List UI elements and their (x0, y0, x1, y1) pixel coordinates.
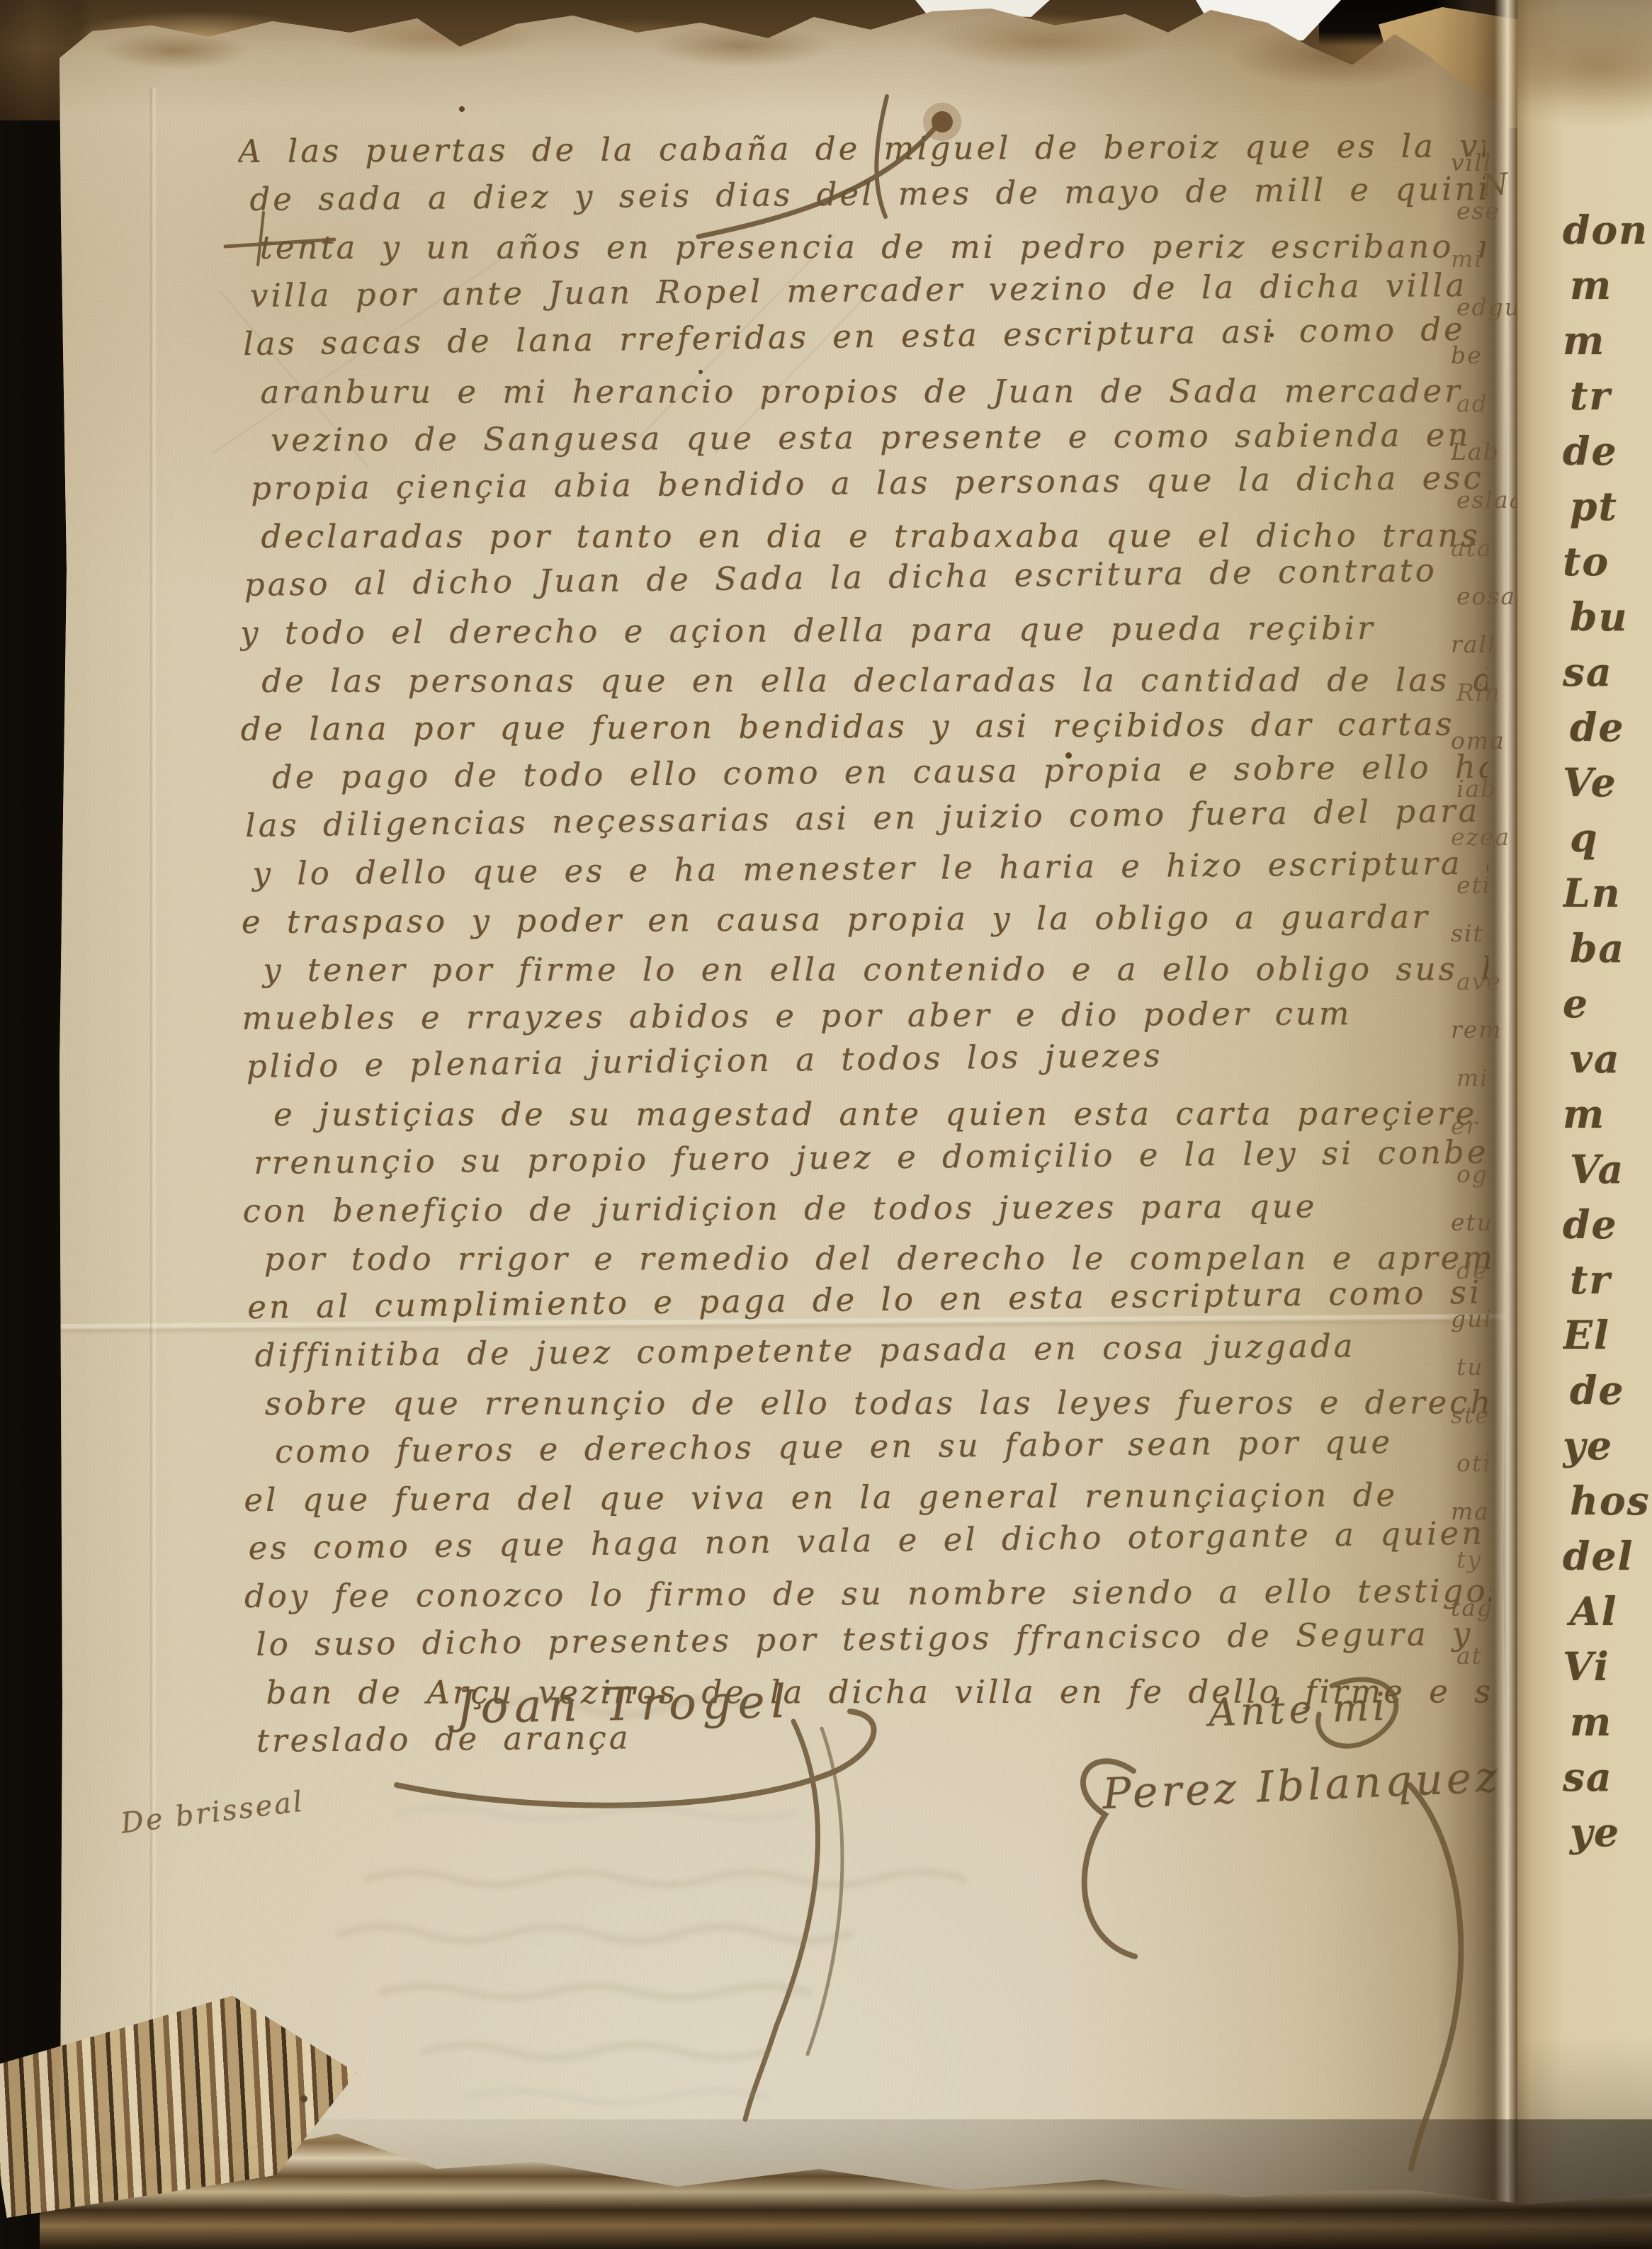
line-ending-fragment: ste (1451, 1391, 1519, 1439)
photographed-manuscript-book: A las puertas de la cabaña de miguel de … (0, 0, 1652, 2249)
line-ending-fragment: eti (1456, 861, 1519, 910)
facing-line-fragment: Ln (1563, 866, 1652, 921)
line-ending-fragment: er (1451, 1102, 1519, 1150)
facing-line-fragment: m (1563, 313, 1652, 368)
facing-line-fragment: de (1563, 424, 1652, 479)
facing-line-fragment: sa (1563, 645, 1652, 700)
ink-speck (698, 370, 703, 374)
line-ending-fragment: edgu (1456, 283, 1519, 332)
facing-line-fragment: ye (1570, 1805, 1652, 1860)
manuscript-line: con benefiçio de juridiçion de todos jue… (243, 1182, 1490, 1235)
line-ending-fragment: oti (1456, 1439, 1519, 1488)
manuscript-line: aranburu e mi herancio propios de Juan d… (261, 367, 1486, 417)
ink-speck (300, 2095, 307, 2102)
facing-line-fragment: Vi (1563, 1639, 1652, 1694)
facing-line-fragment: pt (1570, 479, 1652, 534)
manuscript-line: de las personas que en ella declaradas l… (261, 656, 1487, 706)
line-ending-fragment: rem (1451, 1006, 1519, 1054)
signature-joan-trogel: Joan Trogel (456, 1676, 792, 1734)
facing-page-strip: donmmtrdepttobusadeVeqLnbaevamVadetrElde… (1517, 0, 1652, 2249)
manuscript-line: diffinitiba de juez competente pasada en… (254, 1321, 1490, 1380)
line-ending-fragment: mi (1456, 1054, 1519, 1102)
manuscript-line: y lo dello que es e ha menester le haria… (252, 839, 1488, 898)
line-ending-fragment: etu (1451, 1199, 1519, 1247)
facing-line-fragment: bu (1570, 589, 1652, 645)
manuscript-line: de sada a diez y seis dias del mes de ma… (249, 165, 1486, 224)
facing-line-fragment: va (1570, 1031, 1652, 1087)
facing-line-fragment: Va (1570, 1142, 1652, 1197)
line-ending-fragment: ave (1456, 958, 1519, 1006)
manuscript-line: propia çiençia abia bendido a las person… (251, 454, 1487, 513)
line-ending-fragment: ma (1451, 1488, 1519, 1536)
facing-line-fragment: El (1563, 1308, 1652, 1363)
curled-edge-line-endings: villesemiedgubeadLabeslaaataeosarallRino… (1451, 139, 1519, 1789)
line-ending-fragment: be (1451, 332, 1519, 380)
facing-line-fragment: ba (1570, 921, 1652, 976)
line-ending-fragment: eosa (1456, 572, 1519, 621)
line-ending-fragment: mi (1451, 235, 1519, 283)
ink-speck (459, 106, 465, 112)
line-ending-fragment: Rin (1456, 669, 1519, 717)
facing-line-fragment: Al (1570, 1584, 1652, 1639)
facing-line-fragment: m (1570, 258, 1652, 313)
manuscript-line: como fueros e derechos que en su fabor s… (275, 1417, 1491, 1476)
gutter-letter-mark: N (1481, 166, 1509, 203)
facing-line-fragment: m (1570, 1694, 1652, 1750)
facing-line-fragment: e (1563, 976, 1652, 1031)
line-ending-fragment: at (1456, 1632, 1519, 1680)
facing-line-fragment: ye (1563, 1418, 1652, 1473)
facing-line-fragment: del (1563, 1529, 1652, 1584)
line-ending-fragment: sit (1451, 910, 1519, 958)
facing-line-fragment: Ve (1563, 755, 1652, 810)
facing-line-fragment: tr (1570, 368, 1652, 424)
facing-line-fragment: to (1563, 534, 1652, 589)
facing-line-fragment: de (1570, 1363, 1652, 1418)
line-ending-fragment: de (1456, 1247, 1519, 1295)
facing-line-fragment: m (1563, 1087, 1652, 1142)
line-ending-fragment: ad (1456, 380, 1519, 428)
facing-line-fragment: don (1563, 203, 1652, 258)
vertical-crease (150, 88, 157, 2071)
facing-line-fragment: tr (1570, 1252, 1652, 1308)
facing-line-fragment: sa (1563, 1750, 1652, 1805)
facing-line-fragment: q (1570, 810, 1652, 866)
line-ending-fragment: og (1456, 1150, 1519, 1199)
line-ending-fragment: tag (1451, 1584, 1519, 1632)
line-ending-fragment: oma (1451, 717, 1519, 765)
line-ending-fragment: iab (1456, 765, 1519, 813)
notary-attestation: Ante mi (1208, 1684, 1390, 1735)
manuscript-page: A las puertas de la cabaña de miguel de … (60, 3, 1509, 2249)
manuscript-line: e traspaso y poder en causa propia y la … (242, 893, 1488, 946)
facing-page-text-fragments: donmmtrdepttobusadeVeqLnbaevamVadetrElde… (1563, 203, 1652, 1973)
line-ending-fragment: gui (1451, 1295, 1519, 1343)
facing-line-fragment: de (1563, 1197, 1652, 1252)
line-ending-fragment: ezea (1451, 813, 1519, 861)
line-ending-fragment: ty (1456, 1536, 1519, 1584)
facing-line-fragment: hos (1570, 1473, 1652, 1529)
manuscript-line: y tener por firme lo en ella contenido e… (263, 945, 1488, 995)
manuscript-line: lo suso dicho presentes por testigos ffr… (256, 1610, 1492, 1669)
line-ending-fragment: eslaa (1456, 476, 1519, 524)
ink-speck (1269, 333, 1274, 337)
ink-speck (1065, 752, 1072, 759)
line-ending-fragment: rall (1451, 621, 1519, 669)
manuscript-line: y todo el derecho e açion della para que… (240, 604, 1487, 657)
line-ending-fragment: Lab (1451, 428, 1519, 476)
manuscript-line: rrenunçio su propio fuero juez e domiçil… (254, 1128, 1490, 1187)
line-ending-fragment: ata (1451, 524, 1519, 572)
line-ending-fragment: tu (1456, 1343, 1519, 1391)
handwritten-text-block: A las puertas de la cabaña de miguel de … (238, 122, 1492, 1765)
facing-line-fragment: de (1570, 700, 1652, 755)
